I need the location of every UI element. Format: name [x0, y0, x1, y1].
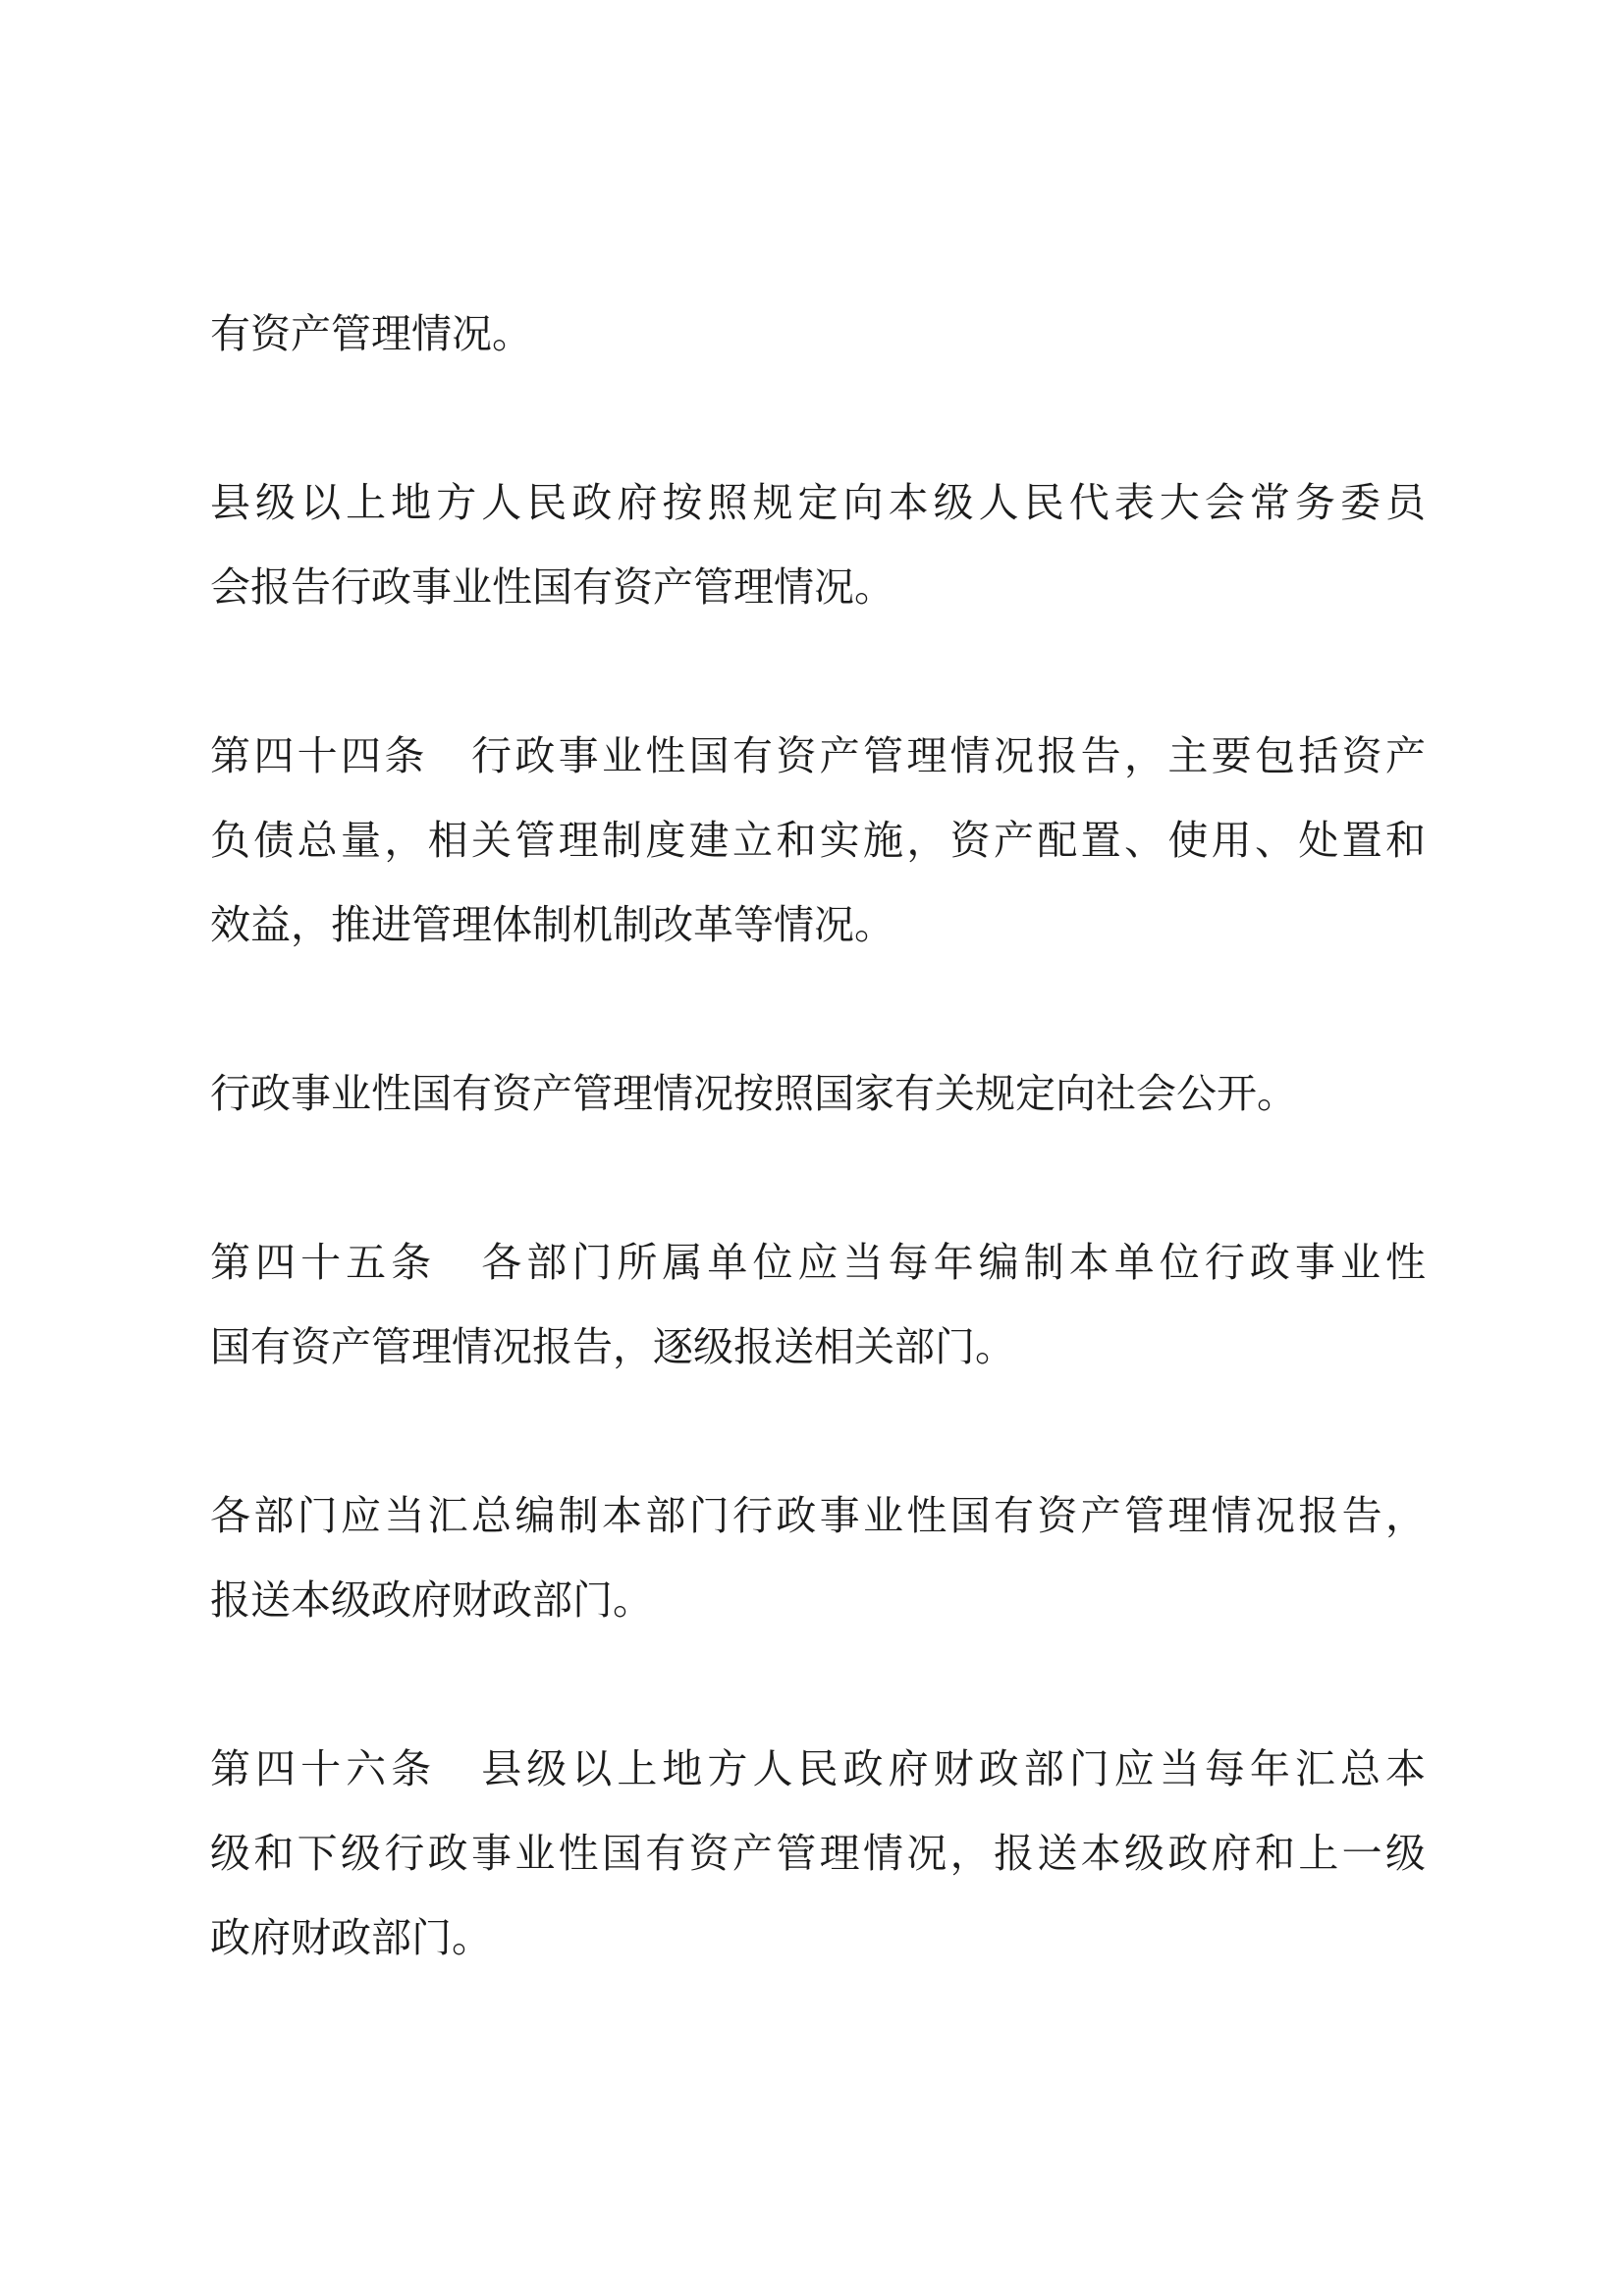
paragraph: 第四十五条 各部门所属单位应当每年编制本单位行政事业性国有资产管理情况报告，逐级…: [210, 1220, 1426, 1389]
text-line: 政府财政部门。: [210, 1896, 1426, 1980]
paragraph: 县级以上地方人民政府按照规定向本级人民代表大会常务委员会报告行政事业性国有资产管…: [210, 460, 1426, 629]
text-line: 第四十五条 各部门所属单位应当每年编制本单位行政事业性: [210, 1220, 1426, 1305]
text-line: 行政事业性国有资产管理情况按照国家有关规定向社会公开。: [210, 1051, 1426, 1136]
text-line: 县级以上地方人民政府按照规定向本级人民代表大会常务委员: [210, 460, 1426, 545]
text-line: 报送本级政府财政部门。: [210, 1558, 1426, 1642]
document-body: 有资产管理情况。县级以上地方人民政府按照规定向本级人民代表大会常务委员会报告行政…: [210, 292, 1426, 1980]
text-line: 效益，推进管理体制机制改革等情况。: [210, 882, 1426, 967]
paragraph: 各部门应当汇总编制本部门行政事业性国有资产管理情况报告，报送本级政府财政部门。: [210, 1473, 1426, 1642]
paragraph: 第四十六条 县级以上地方人民政府财政部门应当每年汇总本级和下级行政事业性国有资产…: [210, 1727, 1426, 1980]
document-page: 有资产管理情况。县级以上地方人民政府按照规定向本级人民代表大会常务委员会报告行政…: [0, 0, 1624, 2296]
paragraph: 行政事业性国有资产管理情况按照国家有关规定向社会公开。: [210, 1051, 1426, 1136]
text-line: 第四十四条 行政事业性国有资产管理情况报告，主要包括资产: [210, 714, 1426, 798]
text-line: 国有资产管理情况报告，逐级报送相关部门。: [210, 1305, 1426, 1389]
text-line: 会报告行政事业性国有资产管理情况。: [210, 545, 1426, 629]
text-line: 各部门应当汇总编制本部门行政事业性国有资产管理情况报告，: [210, 1473, 1426, 1558]
paragraph: 第四十四条 行政事业性国有资产管理情况报告，主要包括资产负债总量，相关管理制度建…: [210, 714, 1426, 967]
text-line: 第四十六条 县级以上地方人民政府财政部门应当每年汇总本: [210, 1727, 1426, 1811]
text-line: 有资产管理情况。: [210, 292, 1426, 376]
text-line: 级和下级行政事业性国有资产管理情况，报送本级政府和上一级: [210, 1811, 1426, 1896]
text-line: 负债总量，相关管理制度建立和实施，资产配置、使用、处置和: [210, 798, 1426, 882]
paragraph: 有资产管理情况。: [210, 292, 1426, 376]
